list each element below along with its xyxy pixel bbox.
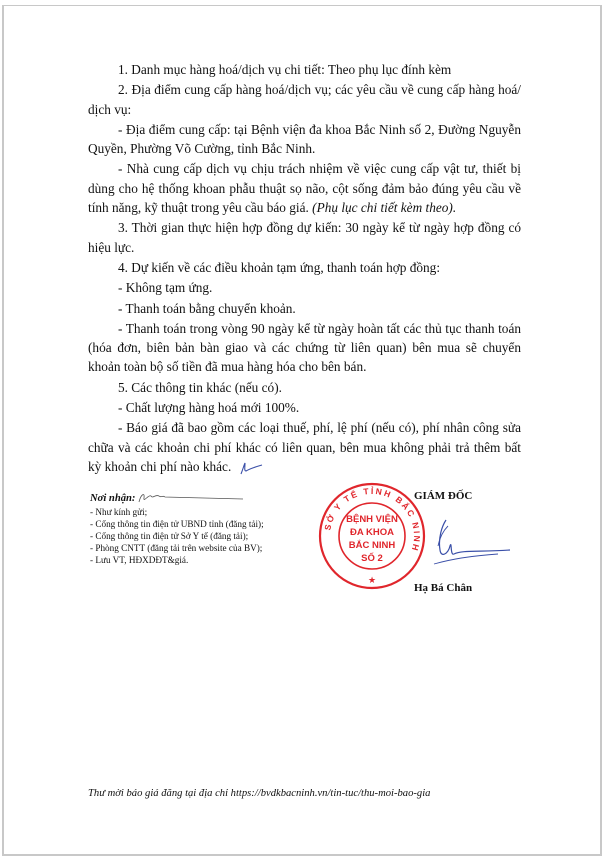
signatory-title: GIÁM ĐỐC — [414, 490, 472, 502]
paragraph-2: 2. Địa điểm cung cấp hàng hoá/dịch vụ; c… — [88, 80, 521, 119]
svg-text:BẮC NINH: BẮC NINH — [349, 540, 396, 551]
paragraph-12-text: - Báo giá đã bao gồm các loại thuế, phí,… — [88, 420, 521, 474]
recipient-item: - Lưu VT, HĐXDĐT&giá. — [90, 554, 264, 566]
svg-text:BỆNH VIỆN: BỆNH VIỆN — [346, 513, 398, 525]
paragraph-1: 1. Danh mục hàng hoá/dịch vụ chi tiết: T… — [88, 60, 521, 79]
footer-note: Thư mời báo giá đăng tại địa chỉ https:/… — [88, 788, 430, 799]
recipients-initial-icon — [135, 490, 245, 506]
recipient-item: - Như kính gửi; — [90, 506, 264, 518]
svg-text:SỐ 2: SỐ 2 — [361, 552, 383, 564]
recipient-item: - Phòng CNTT (đăng tải trên website của … — [90, 542, 264, 554]
paragraph-11: - Chất lượng hàng hoá mới 100%. — [88, 398, 521, 417]
svg-text:★: ★ — [368, 575, 376, 585]
paragraph-12: - Báo giá đã bao gồm các loại thuế, phí,… — [88, 418, 521, 476]
recipients-title: Nơi nhận: — [90, 493, 135, 504]
signatory-name: Hạ Bá Chân — [414, 582, 472, 594]
recipient-item: - Cổng thông tin điện tử UBND tỉnh (đăng… — [90, 518, 264, 530]
document-body: 1. Danh mục hàng hoá/dịch vụ chi tiết: T… — [88, 60, 521, 476]
paragraph-5: 3. Thời gian thực hiện hợp đồng dự kiến:… — [88, 218, 521, 257]
appendix-note: (Phụ lục chi tiết kèm theo). — [312, 200, 456, 215]
svg-text:ĐA KHOA: ĐA KHOA — [350, 527, 394, 538]
paragraph-6: 4. Dự kiến về các điều khoản tạm ứng, th… — [88, 258, 521, 277]
director-signature-icon — [428, 516, 512, 574]
initial-signature-icon — [235, 459, 263, 475]
official-stamp: SỞ Y TẾ TỈNH BẮC NINH BỆNH VIỆN ĐA KHOA … — [318, 482, 426, 590]
paragraph-10: 5. Các thông tin khác (nếu có). — [88, 378, 521, 397]
recipients-title-row: Nơi nhận: — [90, 490, 264, 506]
recipients-block: Nơi nhận: - Như kính gửi; - Cổng thông t… — [90, 490, 264, 566]
paragraph-7: - Không tạm ứng. — [88, 278, 521, 297]
paragraph-4: - Nhà cung cấp dịch vụ chịu trách nhiệm … — [88, 159, 521, 217]
paragraph-9: - Thanh toán trong vòng 90 ngày kể từ ng… — [88, 319, 521, 377]
paragraph-3: - Địa điểm cung cấp: tại Bệnh viện đa kh… — [88, 120, 521, 159]
recipient-item: - Cổng thông tin điện tử Sở Y tế (đăng t… — [90, 530, 264, 542]
paragraph-8: - Thanh toán bằng chuyển khoản. — [88, 299, 521, 318]
